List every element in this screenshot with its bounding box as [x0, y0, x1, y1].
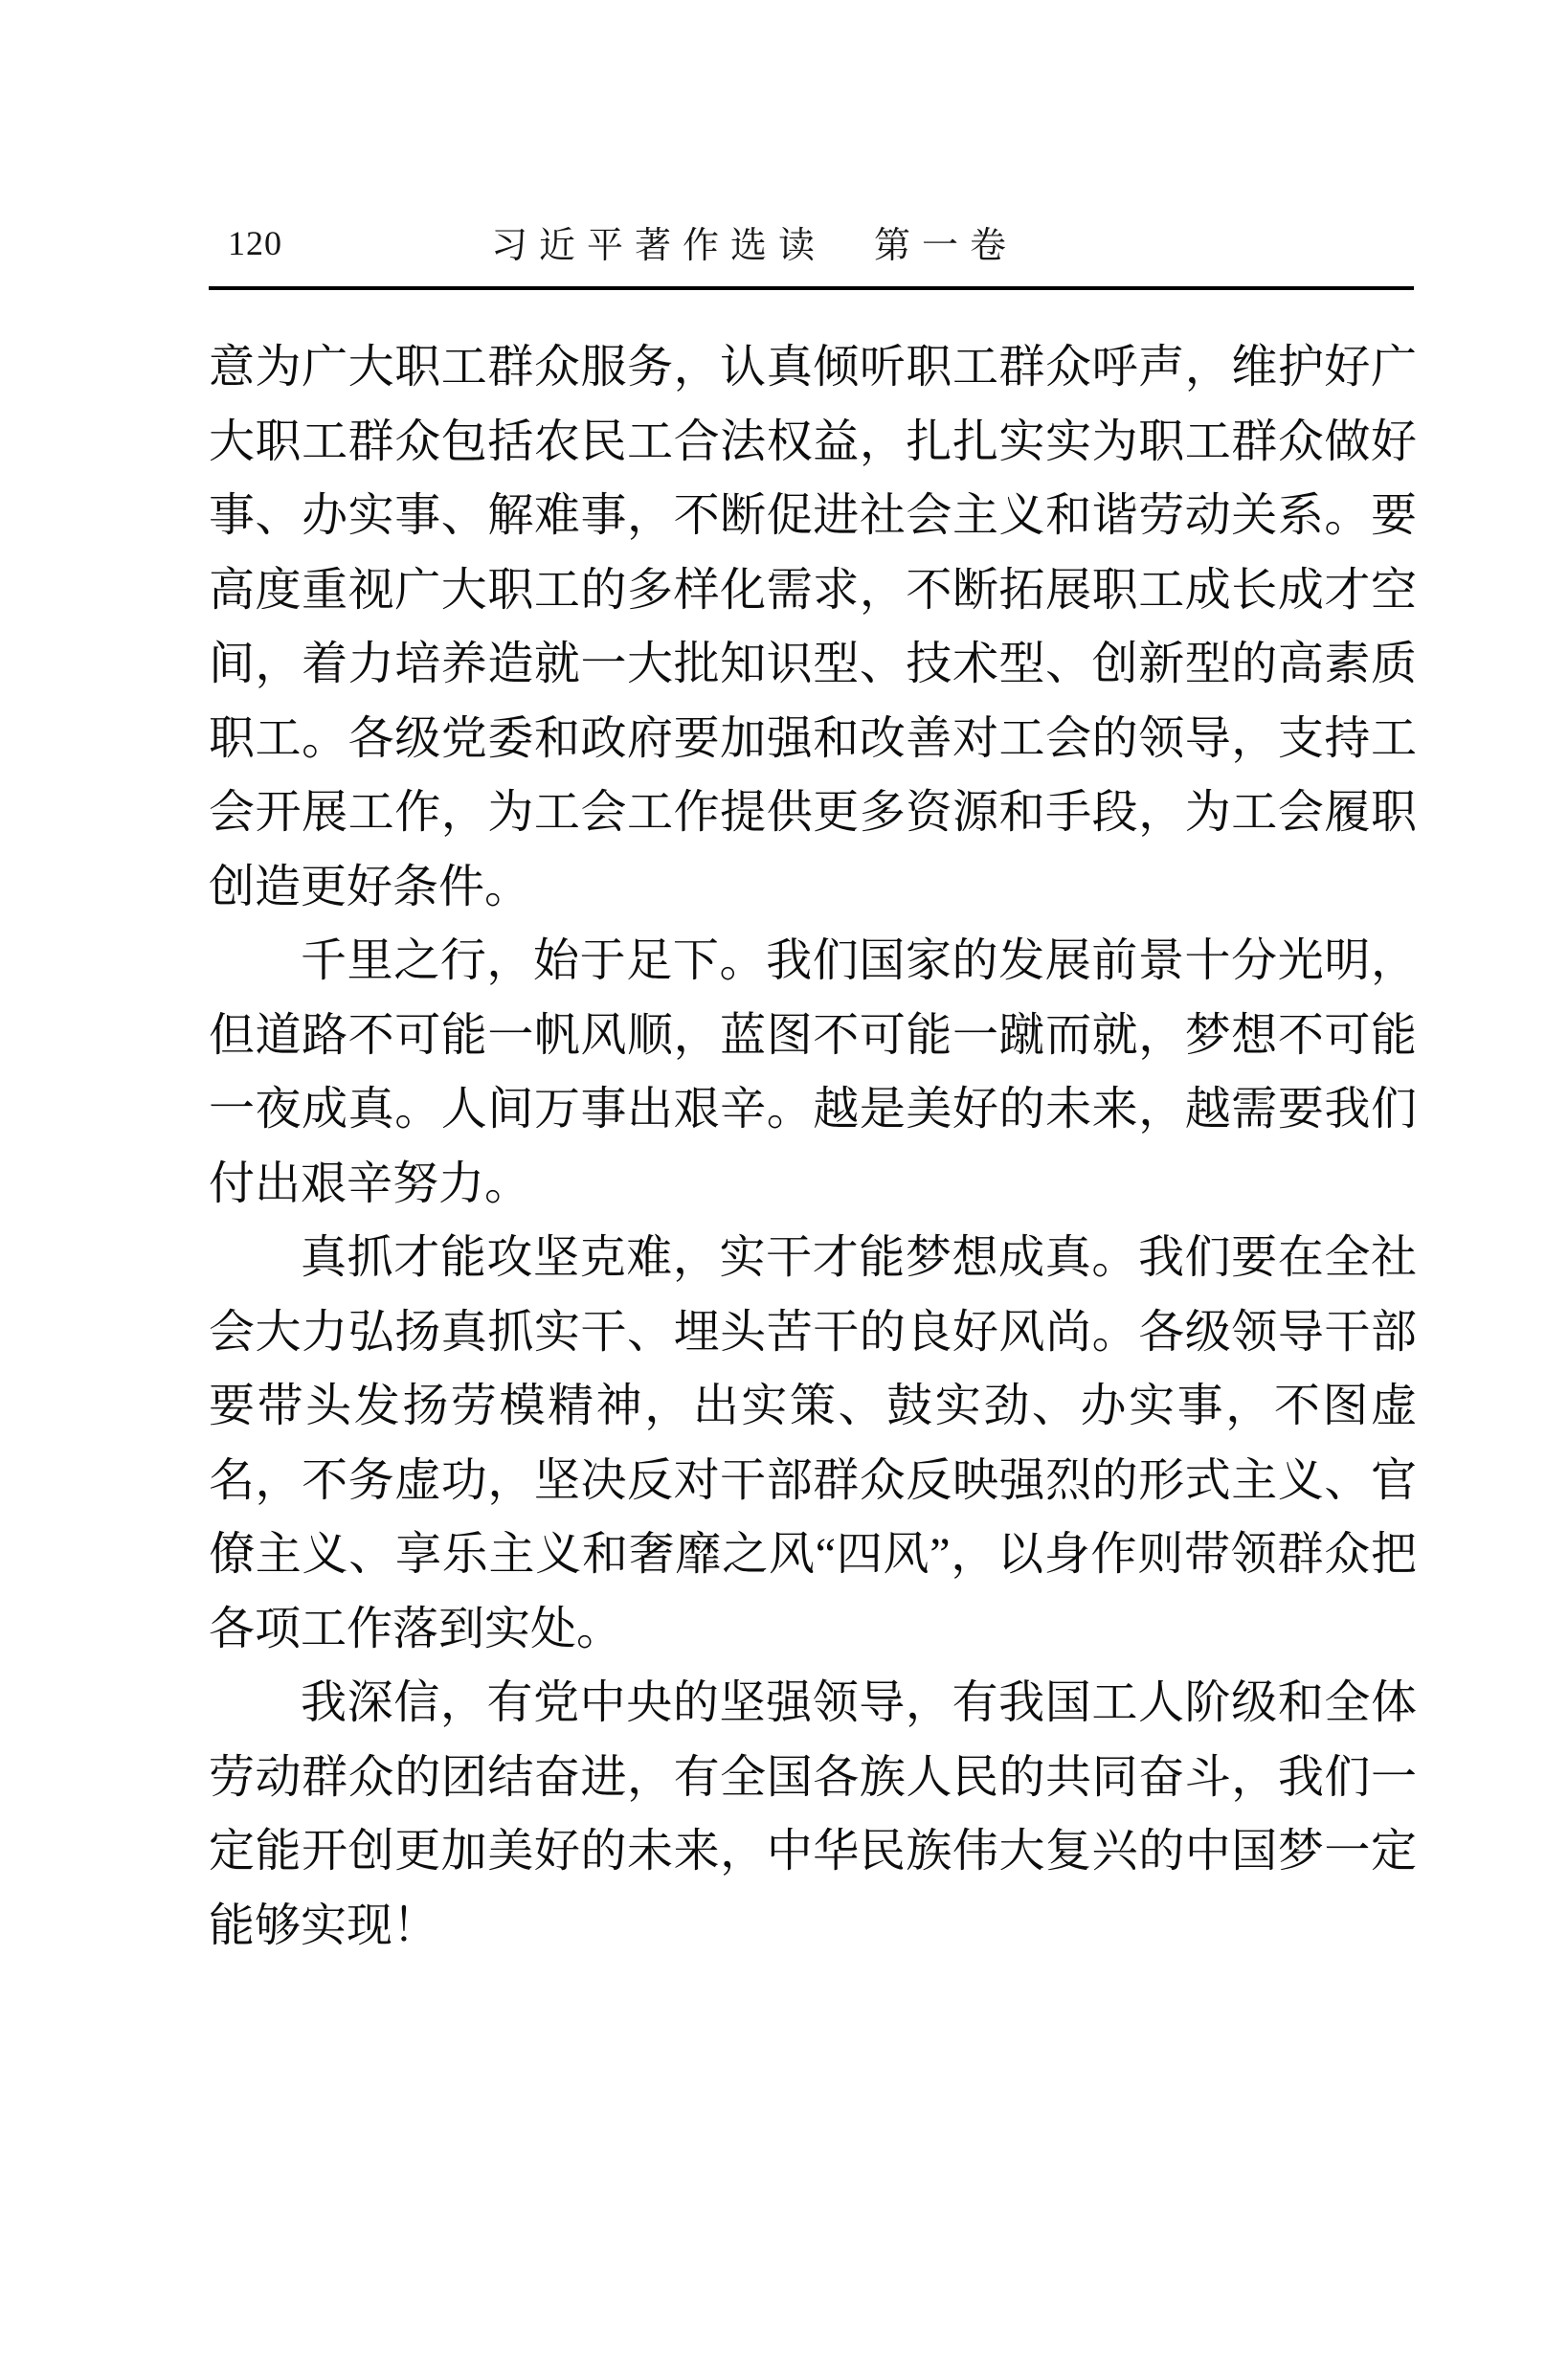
paragraph: 我深信，有党中央的坚强领导，有我国工人阶级和全体劳动群众的团结奋进，有全国各族人… [209, 1666, 1417, 1963]
paragraph: 真抓才能攻坚克难，实干才能梦想成真。我们要在全社会大力弘扬真抓实干、埋头苦干的良… [209, 1221, 1417, 1666]
header-rule [209, 286, 1414, 290]
paragraph: 千里之行，始于足下。我们国家的发展前景十分光明，但道路不可能一帆风顺，蓝图不可能… [209, 924, 1417, 1221]
running-title: 习近平著作选读 第一卷 [0, 226, 1509, 266]
paragraph: 意为广大职工群众服务，认真倾听职工群众呼声，维护好广大职工群众包括农民工合法权益… [209, 330, 1417, 924]
body-text: 意为广大职工群众服务，认真倾听职工群众呼声，维护好广大职工群众包括农民工合法权益… [209, 330, 1417, 1963]
book-page: 120 习近平著作选读 第一卷 意为广大职工群众服务，认真倾听职工群众呼声，维护… [0, 0, 1568, 2361]
